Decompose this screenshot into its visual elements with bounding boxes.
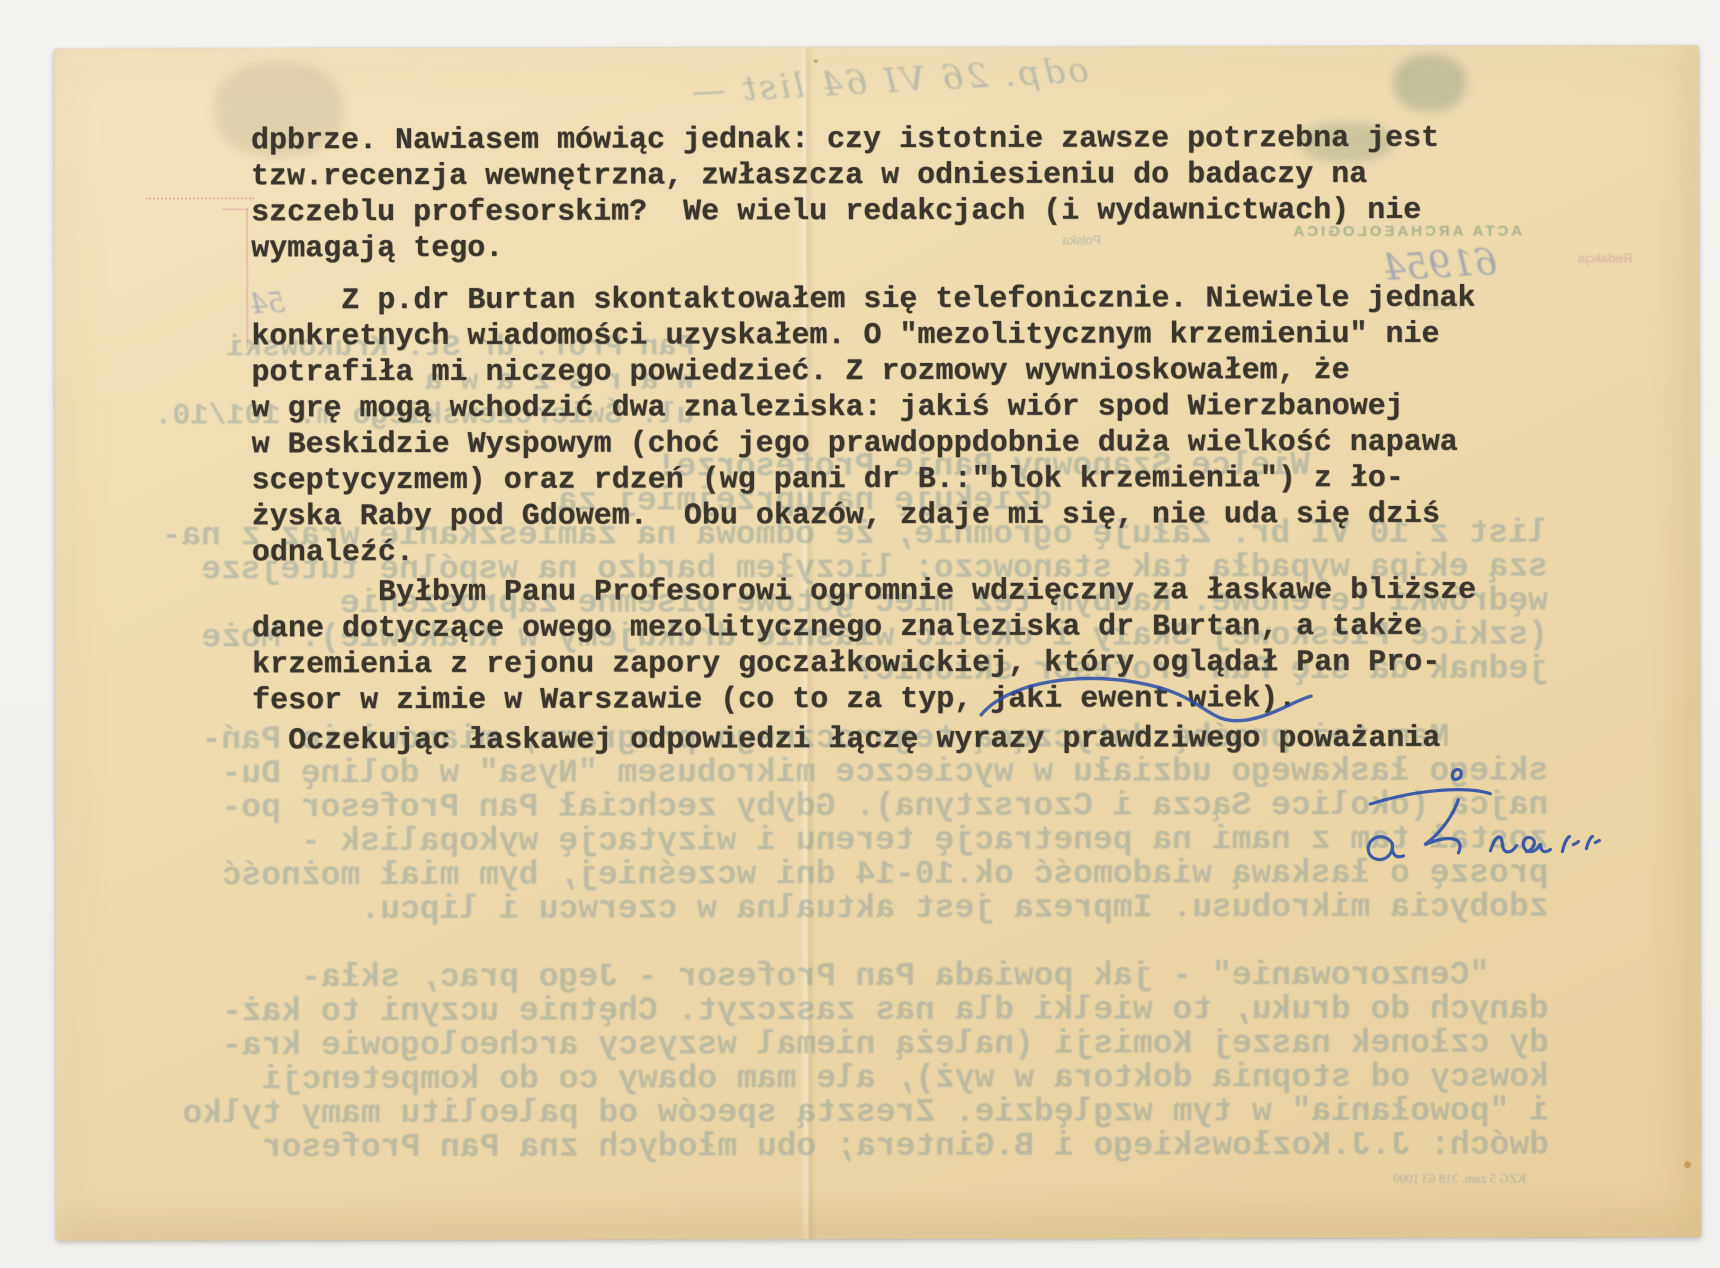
letterhead-logo-bleed (1394, 54, 1466, 112)
stain-speck (1684, 1161, 1691, 1168)
stain-speck (814, 59, 818, 63)
redakcja-bleed: Redakcja (1552, 250, 1632, 265)
paragraph-4: Oczekując łaskawej odpowiedzi łączę wyra… (252, 721, 1552, 760)
paragraph-3: Byłbym Panu Profesorowi ogromnie wdzięcz… (252, 573, 1552, 720)
pen-circle-annotation (973, 666, 1318, 727)
pink-box-bleed (246, 208, 248, 348)
letter-paper: odp. 26 VI 64 list — ACTA ARCHAEOLOGICA … (54, 45, 1701, 1240)
handwritten-signature (1340, 763, 1630, 874)
scanner-background: odp. 26 VI 64 list — ACTA ARCHAEOLOGICA … (0, 0, 1720, 1268)
paragraph-1: dpbrze. Nawiasem mówiąc jednak: czy isto… (251, 121, 1551, 268)
paragraph-2: Z p.dr Burtan skontaktowałem się telefon… (251, 281, 1552, 572)
pink-box-bleed-top (222, 208, 248, 210)
dotted-rule-bleed (146, 197, 254, 199)
pencil-note-bleed: odp. 26 VI 64 list — (658, 50, 1090, 113)
print-mark-bleed: KZG 5 zam. 318 63 1000 (1346, 1171, 1526, 1187)
